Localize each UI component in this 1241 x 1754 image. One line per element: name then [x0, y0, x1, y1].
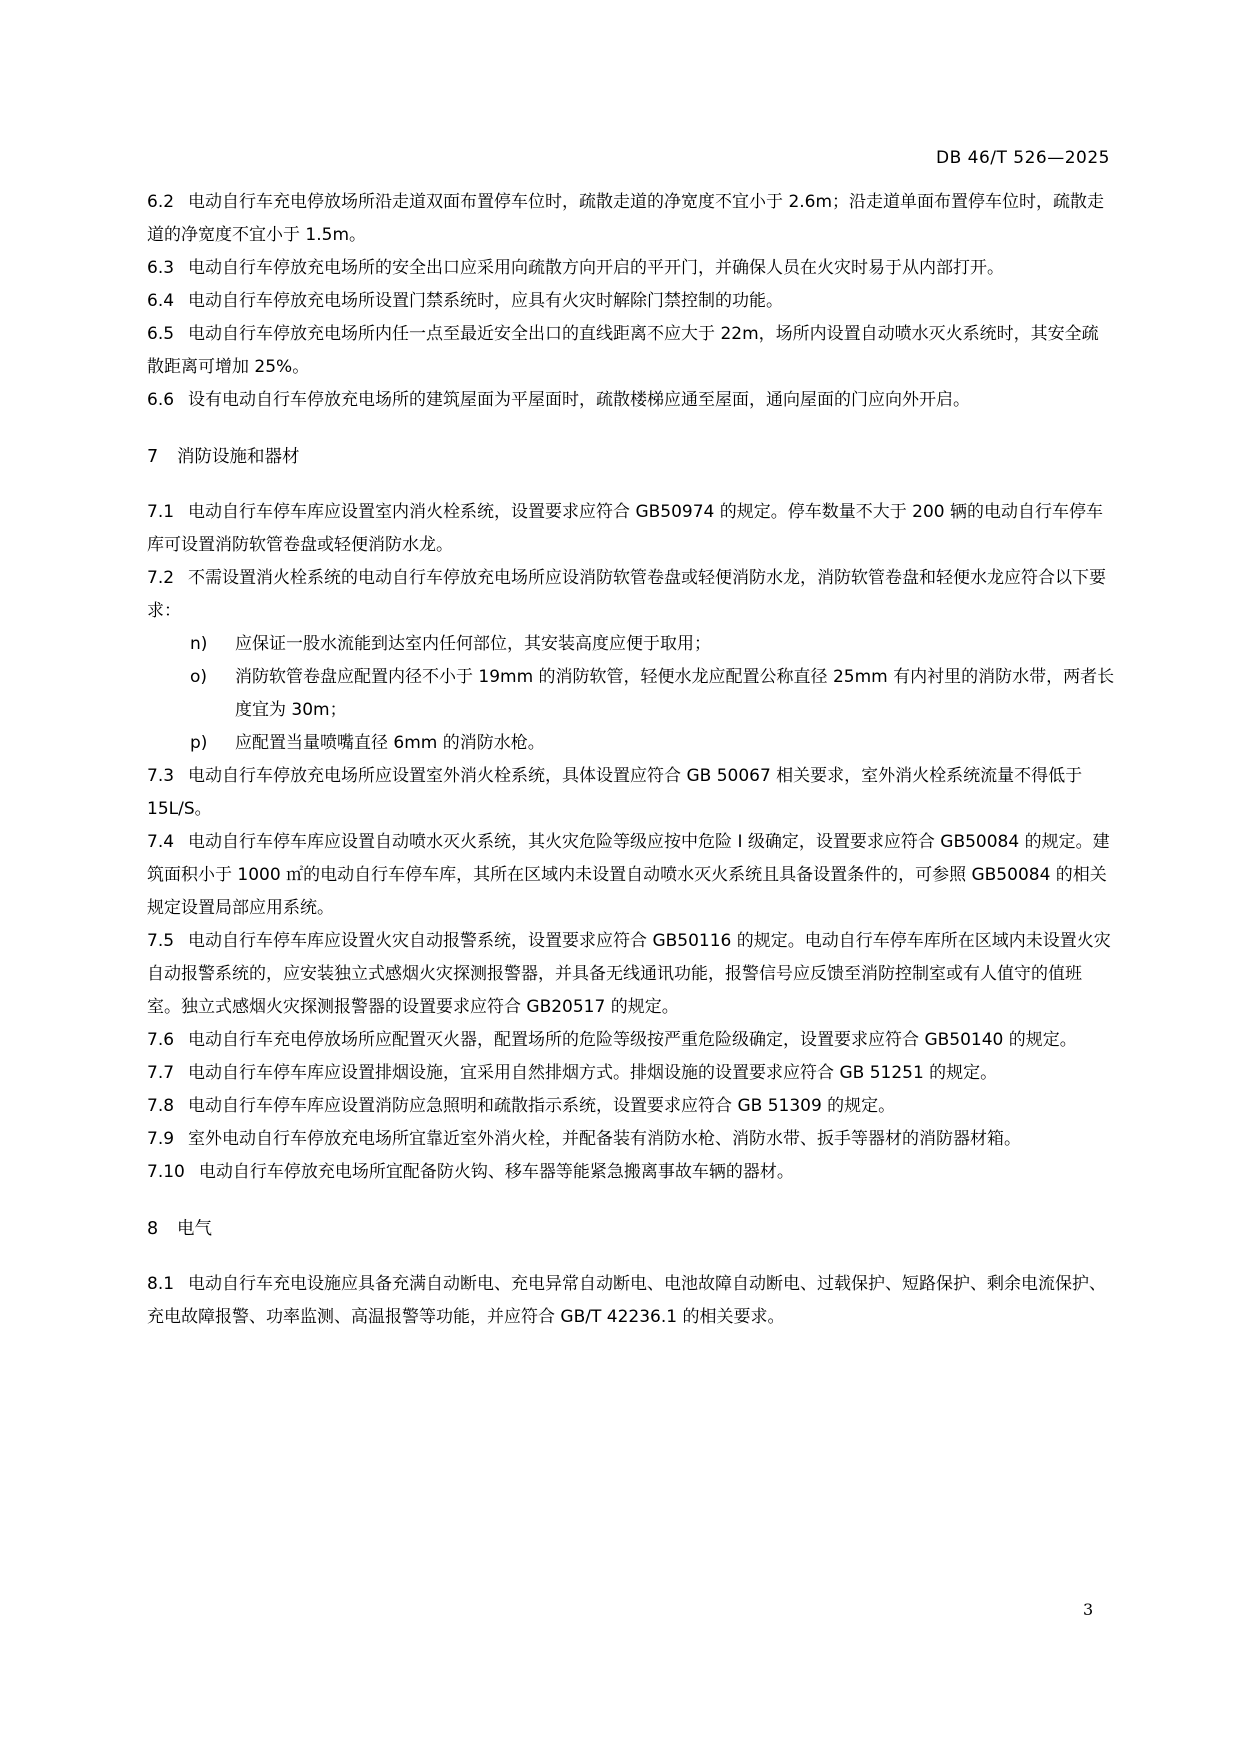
clause-number: 7.10: [147, 1156, 185, 1189]
list-item-o: o)消防软管卷盘应配置内径不小于 19mm 的消防软管，轻便水龙应配置公称直径 …: [147, 661, 1115, 727]
clause-text: 电动自行车停放充电场所应设置室外消火栓系统，具体设置应符合 GB 50067 相…: [147, 766, 1082, 819]
clause-number: 6.4: [147, 285, 174, 318]
list-item-p: p)应配置当量喷嘴直径 6mm 的消防水枪。: [147, 727, 1115, 760]
section-title: 电气: [177, 1219, 212, 1239]
clause-number: 7.9: [147, 1123, 174, 1156]
clause-6-2: 6.2电动自行车充电停放场所沿走道双面布置停车位时，疏散走道的净宽度不宜小于 2…: [147, 186, 1115, 252]
list-item-text: 应配置当量喷嘴直径 6mm 的消防水枪。: [235, 733, 545, 753]
clause-number: 6.3: [147, 252, 174, 285]
section-number: 7: [147, 441, 177, 474]
section-8-heading: 8电气: [147, 1213, 1115, 1246]
clause-7-8: 7.8电动自行车停车库应设置消防应急照明和疏散指示系统，设置要求应符合 GB 5…: [147, 1090, 1115, 1123]
clause-number: 7.6: [147, 1024, 174, 1057]
clause-7-10: 7.10电动自行车停放充电场所宜配备防火钩、移车器等能紧急搬离事故车辆的器材。: [147, 1156, 1115, 1189]
list-item-n: n)应保证一股水流能到达室内任何部位，其安装高度应便于取用；: [147, 628, 1115, 661]
clause-text: 电动自行车充电停放场所应配置灭火器，配置场所的危险等级按严重危险级确定，设置要求…: [188, 1030, 1077, 1050]
clause-6-4: 6.4电动自行车停放充电场所设置门禁系统时，应具有火灾时解除门禁控制的功能。: [147, 285, 1115, 318]
section-7-heading: 7消防设施和器材: [147, 441, 1115, 474]
standard-code-header: DB 46/T 526—2025: [936, 148, 1110, 168]
clause-7-9: 7.9室外电动自行车停放充电场所宜靠近室外消火栓，并配备装有消防水枪、消防水带、…: [147, 1123, 1115, 1156]
clause-number: 6.2: [147, 186, 174, 219]
clause-number: 7.2: [147, 562, 174, 595]
clause-text: 电动自行车停车库应设置消防应急照明和疏散指示系统，设置要求应符合 GB 5130…: [188, 1096, 895, 1116]
clause-text: 电动自行车充电设施应具备充满自动断电、充电异常自动断电、电池故障自动断电、过载保…: [147, 1274, 1106, 1327]
clause-6-3: 6.3电动自行车停放充电场所的安全出口应采用向疏散方向开启的平开门，并确保人员在…: [147, 252, 1115, 285]
clause-number: 7.4: [147, 826, 174, 859]
clause-6-6: 6.6设有电动自行车停放充电场所的建筑屋面为平屋面时，疏散楼梯应通至屋面，通向屋…: [147, 384, 1115, 417]
clause-text: 电动自行车停车库应设置火灾自动报警系统，设置要求应符合 GB50116 的规定。…: [147, 931, 1111, 1017]
clause-text: 电动自行车停车库应设置排烟设施，宜采用自然排烟方式。排烟设施的设置要求应符合 G…: [188, 1063, 997, 1083]
clause-text: 不需设置消火栓系统的电动自行车停放充电场所应设消防软管卷盘或轻便消防水龙，消防软…: [147, 568, 1106, 621]
clause-number: 8.1: [147, 1268, 174, 1301]
clause-6-5: 6.5电动自行车停放充电场所内任一点至最近安全出口的直线距离不应大于 22m，场…: [147, 318, 1115, 384]
clause-number: 7.8: [147, 1090, 174, 1123]
section-title: 消防设施和器材: [177, 447, 300, 467]
clause-text: 电动自行车停放充电场所宜配备防火钩、移车器等能紧急搬离事故车辆的器材。: [199, 1162, 794, 1182]
clause-text: 电动自行车停放充电场所内任一点至最近安全出口的直线距离不应大于 22m，场所内设…: [147, 324, 1099, 377]
clause-7-5: 7.5电动自行车停车库应设置火灾自动报警系统，设置要求应符合 GB50116 的…: [147, 925, 1115, 1024]
clause-7-6: 7.6电动自行车充电停放场所应配置灭火器，配置场所的危险等级按严重危险级确定，设…: [147, 1024, 1115, 1057]
clause-7-1: 7.1电动自行车停车库应设置室内消火栓系统，设置要求应符合 GB50974 的规…: [147, 496, 1115, 562]
clause-number: 6.5: [147, 318, 174, 351]
section-number: 8: [147, 1213, 177, 1246]
clause-7-2: 7.2不需设置消火栓系统的电动自行车停放充电场所应设消防软管卷盘或轻便消防水龙，…: [147, 562, 1115, 628]
clause-number: 7.5: [147, 925, 174, 958]
clause-7-4: 7.4电动自行车停车库应设置自动喷水灭火系统，其火灾危险等级应按中危险 I 级确…: [147, 826, 1115, 925]
clause-text: 电动自行车充电停放场所沿走道双面布置停车位时，疏散走道的净宽度不宜小于 2.6m…: [147, 192, 1104, 245]
page-number: 3: [1083, 1600, 1093, 1619]
list-item-text: 消防软管卷盘应配置内径不小于 19mm 的消防软管，轻便水龙应配置公称直径 25…: [235, 667, 1114, 720]
clause-number: 7.1: [147, 496, 174, 529]
list-marker: o): [190, 661, 235, 694]
document-body: 6.2电动自行车充电停放场所沿走道双面布置停车位时，疏散走道的净宽度不宜小于 2…: [147, 186, 1115, 1334]
clause-7-7: 7.7电动自行车停车库应设置排烟设施，宜采用自然排烟方式。排烟设施的设置要求应符…: [147, 1057, 1115, 1090]
clause-number: 7.7: [147, 1057, 174, 1090]
clause-text: 电动自行车停车库应设置室内消火栓系统，设置要求应符合 GB50974 的规定。停…: [147, 502, 1103, 555]
clause-number: 7.3: [147, 760, 174, 793]
clause-text: 设有电动自行车停放充电场所的建筑屋面为平屋面时，疏散楼梯应通至屋面，通向屋面的门…: [188, 390, 970, 410]
list-marker: n): [190, 628, 235, 661]
list-marker: p): [190, 727, 235, 760]
clause-text: 电动自行车停放充电场所设置门禁系统时，应具有火灾时解除门禁控制的功能。: [188, 291, 783, 311]
clause-number: 6.6: [147, 384, 174, 417]
clause-text: 室外电动自行车停放充电场所宜靠近室外消火栓，并配备装有消防水枪、消防水带、扳手等…: [188, 1129, 1021, 1149]
list-item-text: 应保证一股水流能到达室内任何部位，其安装高度应便于取用；: [235, 634, 711, 654]
clause-8-1: 8.1电动自行车充电设施应具备充满自动断电、充电异常自动断电、电池故障自动断电、…: [147, 1268, 1115, 1334]
clause-text: 电动自行车停车库应设置自动喷水灭火系统，其火灾危险等级应按中危险 I 级确定，设…: [147, 832, 1110, 918]
clause-text: 电动自行车停放充电场所的安全出口应采用向疏散方向开启的平开门，并确保人员在火灾时…: [188, 258, 1004, 278]
clause-7-3: 7.3电动自行车停放充电场所应设置室外消火栓系统，具体设置应符合 GB 5006…: [147, 760, 1115, 826]
